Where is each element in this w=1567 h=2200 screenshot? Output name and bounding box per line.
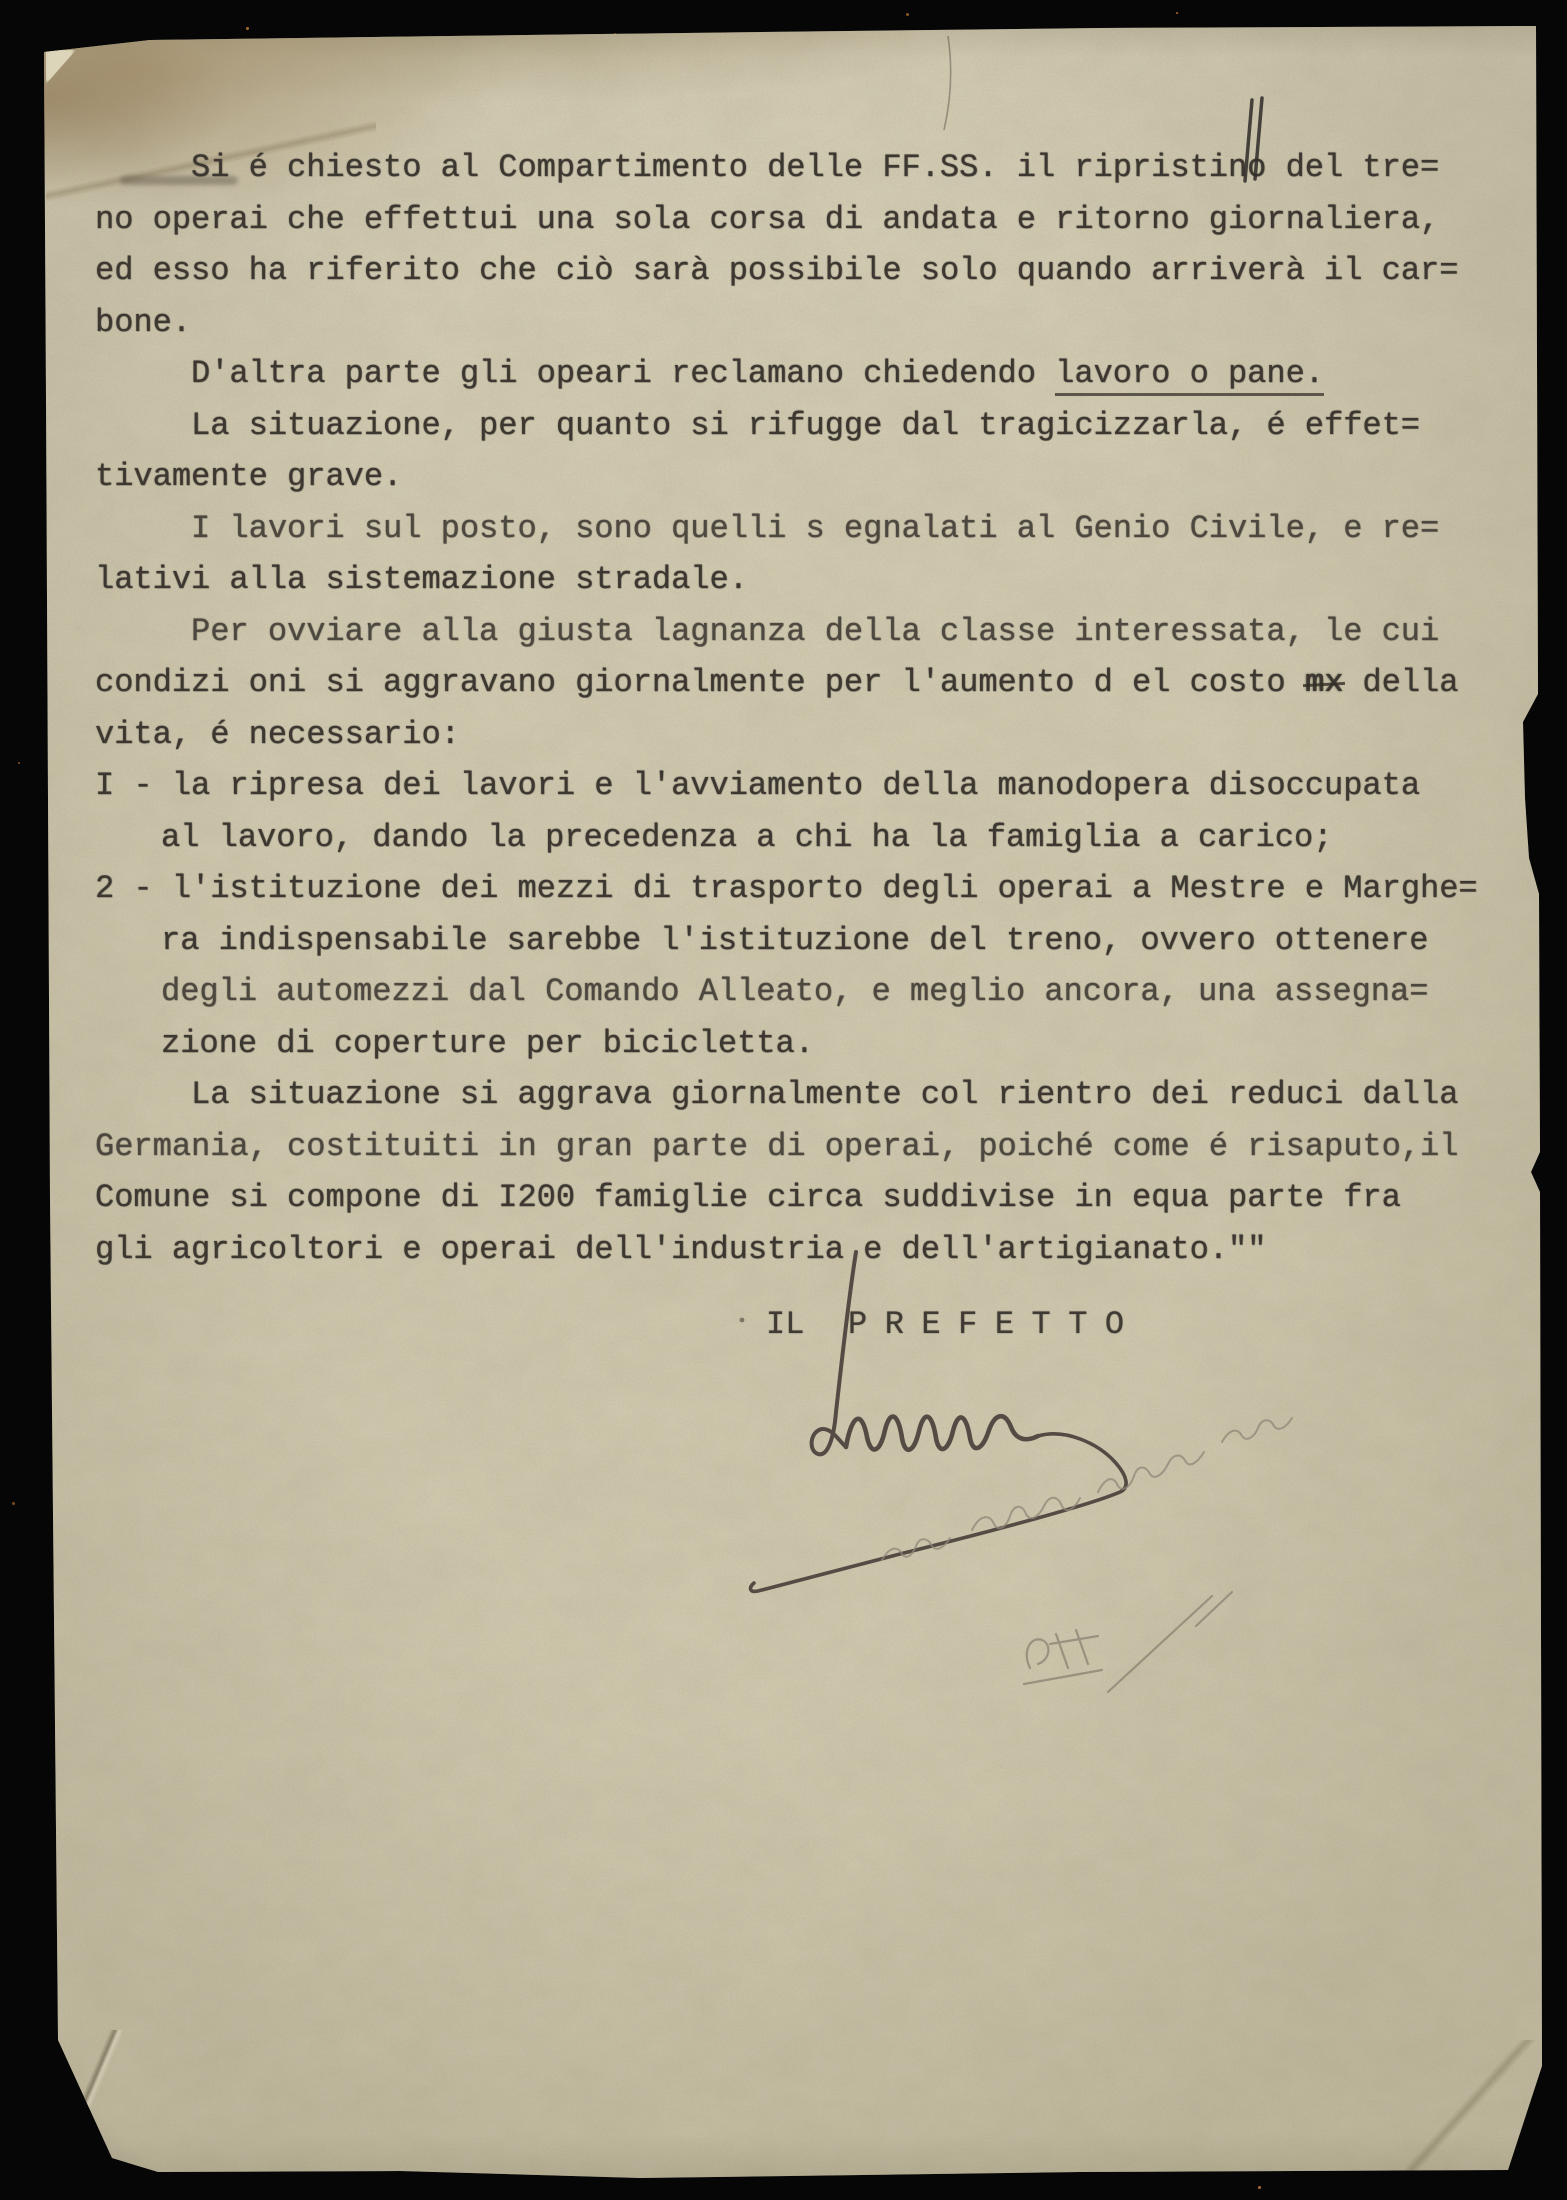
typed-line: Per ovviare alla giusta lagnanza della c…: [95, 606, 1515, 658]
dust-speck: [1258, 2186, 1261, 2189]
typed-line: 2 - l'istituzione dei mezzi di trasporto…: [95, 863, 1515, 915]
struck-over-characters: mx: [1305, 664, 1343, 701]
scan-background: Si é chiesto al Compartimento delle FF.S…: [0, 0, 1567, 2200]
typed-line: La situazione, per quanto si rifugge dal…: [95, 400, 1515, 452]
dust-speck: [246, 27, 249, 30]
dust-speck: [906, 13, 909, 16]
typed-line: degli automezzi dal Comando Alleato, e m…: [95, 966, 1515, 1018]
typed-line: zione di coperture per bicicletta.: [95, 1018, 1515, 1070]
typed-line: I lavori sul posto, sono quelli s egnala…: [95, 503, 1515, 555]
underlined-phrase: lavoro o pane.: [1055, 355, 1324, 396]
typed-line: Germania, costituiti in gran parte di op…: [95, 1121, 1515, 1173]
typed-line: Comune si compone di I200 famiglie circa…: [95, 1172, 1515, 1224]
typed-line: lativi alla sistemazione stradale.: [95, 554, 1515, 606]
typed-line: ed esso ha riferito che ciò sarà possibi…: [95, 245, 1515, 297]
typed-line: La situazione si aggrava giornalmente co…: [95, 1069, 1515, 1121]
typed-line: no operai che effettui una sola corsa di…: [95, 194, 1515, 246]
typed-line: I - la ripresa dei lavori e l'avviamento…: [95, 760, 1515, 812]
document-page: Si é chiesto al Compartimento delle FF.S…: [0, 0, 1567, 2200]
typed-line: condizi oni si aggravano giornalmente pe…: [95, 657, 1515, 709]
typed-line: D'altra parte gli opeari reclamano chied…: [95, 348, 1515, 400]
signatory-title-prefetto: PREFETTO: [848, 1306, 1142, 1346]
typed-text-block: Si é chiesto al Compartimento delle FF.S…: [95, 142, 1515, 1275]
typed-line: gli agricoltori e operai dell'industria …: [95, 1224, 1515, 1276]
typed-line: tivamente grave.: [95, 451, 1515, 503]
signatory-title-il: IL: [766, 1306, 804, 1346]
dust-speck: [18, 762, 20, 764]
typed-line: vita, é necessario:: [95, 709, 1515, 761]
typed-line: Si é chiesto al Compartimento delle FF.S…: [95, 142, 1515, 194]
typed-line: bone.: [95, 297, 1515, 349]
dust-speck: [12, 1502, 15, 1505]
typed-line: al lavoro, dando la precedenza a chi ha …: [95, 812, 1515, 864]
typed-line: ra indispensabile sarebbe l'istituzione …: [95, 915, 1515, 967]
dust-speck: [1176, 12, 1178, 14]
